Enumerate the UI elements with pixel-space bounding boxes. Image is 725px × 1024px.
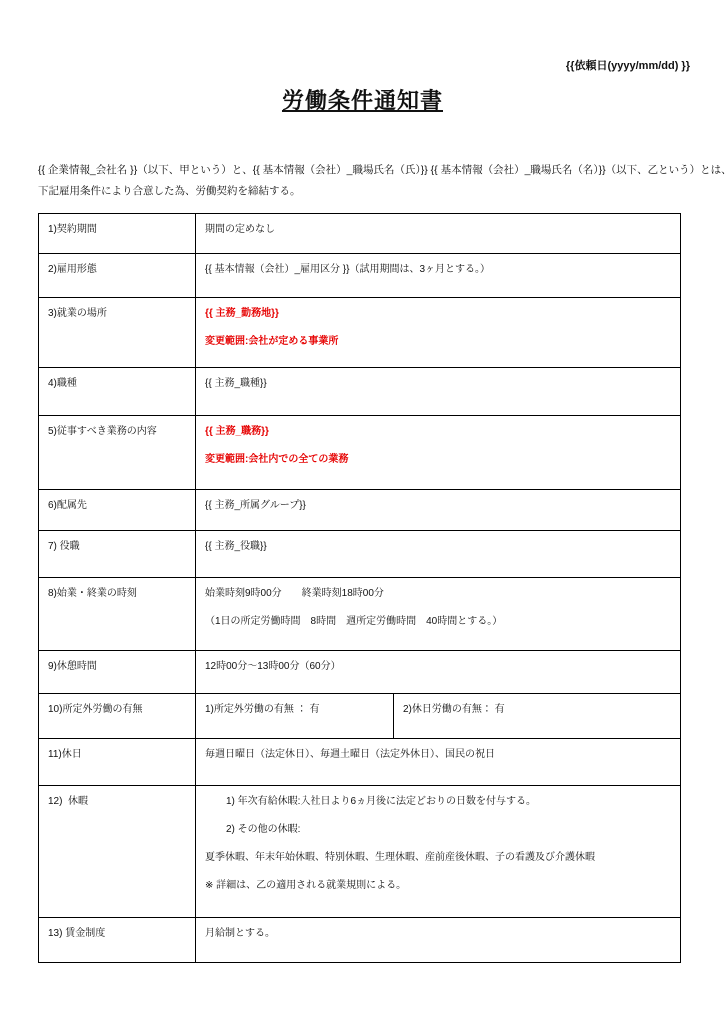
cell-text-start-end: 始業時刻9時00分 終業時刻18時00分 <box>205 587 674 601</box>
cell-text: 月給制とする。 <box>205 927 674 941</box>
row-value: 期間の定めなし <box>196 214 681 254</box>
cell-text-leave-list: 夏季休暇、年末年始休暇、特別休暇、生理休暇、産前産後休暇、子の看護及び介護休暇 <box>205 851 674 865</box>
table-row-work-location: 3)就業の場所 {{ 主務_勤務地}} 変更範囲:会社が定める事業所 <box>39 298 681 368</box>
document-page: {{依頼日(yyyy/mm/dd) }} 労働条件通知書 {{ 企業情報_会社名… <box>0 0 725 1024</box>
row-label: 6)配属先 <box>39 490 196 531</box>
row-label: 13) 賃金制度 <box>39 918 196 963</box>
cell-text-placeholder: {{ 主務_勤務地}} <box>205 307 674 321</box>
row-value-holiday-work: 2)休日労働の有無： 有 <box>394 694 681 739</box>
row-value: 毎週日曜日（法定休日）、毎週土曜日（法定外休日）、国民の祝日 <box>196 739 681 786</box>
row-value: {{ 主務_職種}} <box>196 368 681 416</box>
table-row-break-time: 9)休憩時間 12時00分～13時00分（60分） <box>39 651 681 694</box>
cell-text: {{ 主務_職種}} <box>205 377 674 391</box>
conditions-table: 1)契約期間 期間の定めなし 2)雇用形態 {{ 基本情報（会社）_雇用区分 }… <box>38 213 681 963</box>
row-label: 7) 役職 <box>39 531 196 578</box>
row-label: 12) 休暇 <box>39 786 196 918</box>
cell-text-other-leave: 2) その他の休暇: <box>205 823 674 837</box>
request-date: {{依頼日(yyyy/mm/dd) }} <box>566 57 690 73</box>
table-row-contract-period: 1)契約期間 期間の定めなし <box>39 214 681 254</box>
table-row-days-off: 11)休日 毎週日曜日（法定休日）、毎週土曜日（法定外休日）、国民の祝日 <box>39 739 681 786</box>
table-row-work-hours: 8)始業・終業の時刻 始業時刻9時00分 終業時刻18時00分 （1日の所定労働… <box>39 578 681 651</box>
cell-text-change-scope: 変更範囲:会社内での全ての業務 <box>205 453 674 467</box>
table-row-job-category: 4)職種 {{ 主務_職種}} <box>39 368 681 416</box>
row-value: {{ 主務_所属グループ}} <box>196 490 681 531</box>
row-label: 8)始業・終業の時刻 <box>39 578 196 651</box>
table-row-duties: 5)従事すべき業務の内容 {{ 主務_職務}} 変更範囲:会社内での全ての業務 <box>39 416 681 490</box>
cell-text: 毎週日曜日（法定休日）、毎週土曜日（法定外休日）、国民の祝日 <box>205 748 674 762</box>
cell-text-annual-leave: 1) 年次有給休暇:入社日より6ヵ月後に法定どおりの日数を付与する。 <box>205 795 674 809</box>
row-label: 3)就業の場所 <box>39 298 196 368</box>
cell-text-hours-note: （1日の所定労働時間 8時間 週所定労働時間 40時間とする。） <box>205 615 674 629</box>
cell-text: {{ 主務_役職}} <box>205 540 674 554</box>
cell-text-leave-note: ※ 詳細は、乙の適用される就業規則による。 <box>205 879 674 893</box>
table-row-position: 7) 役職 {{ 主務_役職}} <box>39 531 681 578</box>
row-value: {{ 基本情報（会社）_雇用区分 }}（試用期間は、3ヶ月とする。） <box>196 254 681 298</box>
row-value: {{ 主務_役職}} <box>196 531 681 578</box>
table-row-overtime: 10)所定外労働の有無 1)所定外労働の有無 ： 有 2)休日労働の有無： 有 <box>39 694 681 739</box>
row-label: 2)雇用形態 <box>39 254 196 298</box>
cell-text-placeholder: {{ 主務_職務}} <box>205 425 674 439</box>
intro-paragraph: {{ 企業情報_会社名 }}（以下、甲という）と、{{ 基本情報（会社）_職場氏… <box>38 160 698 202</box>
table-row-wage-system: 13) 賃金制度 月給制とする。 <box>39 918 681 963</box>
cell-text: {{ 主務_所属グループ}} <box>205 499 674 513</box>
row-label: 9)休憩時間 <box>39 651 196 694</box>
intro-line-2: 下記雇用条件により合意した為、労働契約を締結する。 <box>38 185 301 197</box>
row-label: 10)所定外労働の有無 <box>39 694 196 739</box>
row-value: 1) 年次有給休暇:入社日より6ヵ月後に法定どおりの日数を付与する。 2) その… <box>196 786 681 918</box>
row-value: {{ 主務_勤務地}} 変更範囲:会社が定める事業所 <box>196 298 681 368</box>
row-value: {{ 主務_職務}} 変更範囲:会社内での全ての業務 <box>196 416 681 490</box>
row-value: 月給制とする。 <box>196 918 681 963</box>
page-title: 労働条件通知書 <box>0 84 725 115</box>
row-label: 5)従事すべき業務の内容 <box>39 416 196 490</box>
cell-text-holiday-work: 2)休日労働の有無： 有 <box>403 703 674 717</box>
row-value-overtime: 1)所定外労働の有無 ： 有 <box>196 694 394 739</box>
table-row-leave: 12) 休暇 1) 年次有給休暇:入社日より6ヵ月後に法定どおりの日数を付与する… <box>39 786 681 918</box>
row-value: 12時00分～13時00分（60分） <box>196 651 681 694</box>
row-value: 始業時刻9時00分 終業時刻18時00分 （1日の所定労働時間 8時間 週所定労… <box>196 578 681 651</box>
cell-text: 12時00分～13時00分（60分） <box>205 660 674 674</box>
cell-text-overtime: 1)所定外労働の有無 ： 有 <box>205 703 387 717</box>
row-label: 4)職種 <box>39 368 196 416</box>
table-row-employment-type: 2)雇用形態 {{ 基本情報（会社）_雇用区分 }}（試用期間は、3ヶ月とする。… <box>39 254 681 298</box>
intro-line-1: {{ 企業情報_会社名 }}（以下、甲という）と、{{ 基本情報（会社）_職場氏… <box>38 164 725 176</box>
table-row-assignment: 6)配属先 {{ 主務_所属グループ}} <box>39 490 681 531</box>
cell-text-change-scope: 変更範囲:会社が定める事業所 <box>205 335 674 349</box>
cell-text: {{ 基本情報（会社）_雇用区分 }}（試用期間は、3ヶ月とする。） <box>205 263 674 277</box>
row-label: 11)休日 <box>39 739 196 786</box>
cell-text: 期間の定めなし <box>205 223 674 237</box>
row-label: 1)契約期間 <box>39 214 196 254</box>
